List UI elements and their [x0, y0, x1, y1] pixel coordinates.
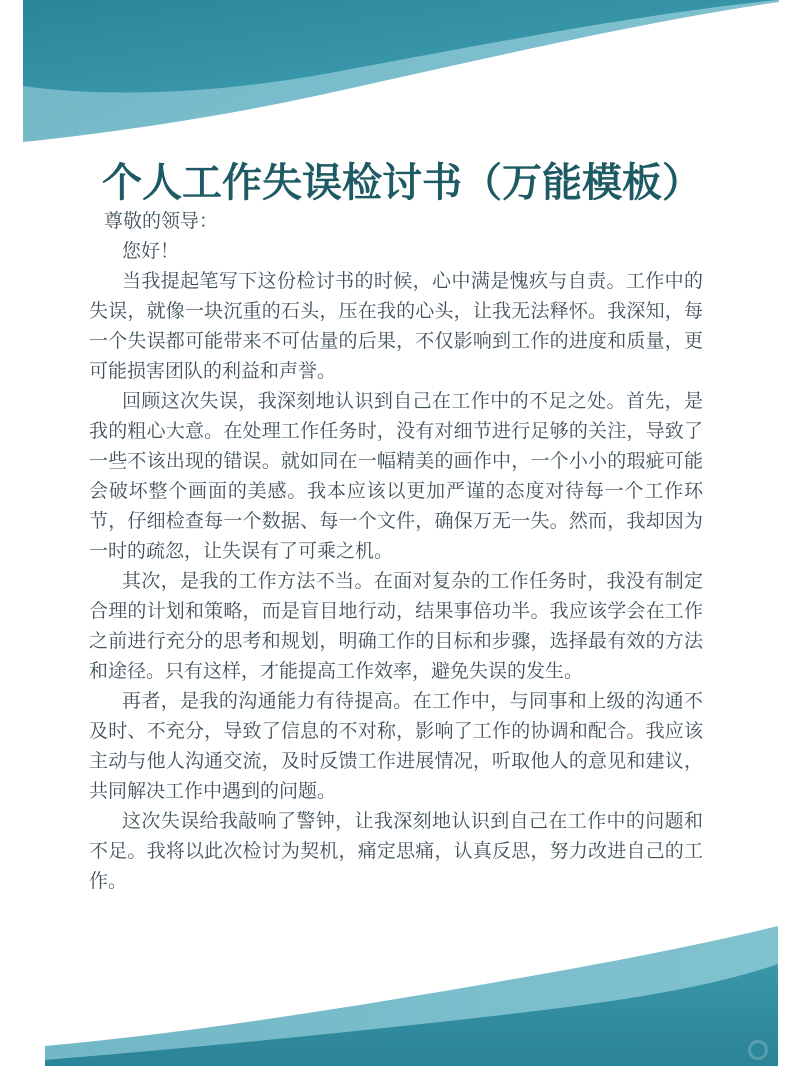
watermark-ring-icon [748, 1040, 768, 1060]
bottom-wave-light-band [45, 926, 778, 1066]
top-wave-dark-band [23, 0, 777, 93]
top-wave-light-band [23, 0, 779, 142]
salutation-line: 尊敬的领导： [89, 207, 703, 237]
document-page: 个人工作失误检讨书（万能模板） 尊敬的领导： 您好！ 当我提起笔写下这份检讨书的… [0, 0, 800, 1066]
body-paragraph-5: 这次失误给我敲响了警钟，让我深刻地认识到自己在工作中的问题和不足。我将以此次检讨… [89, 807, 703, 897]
body-paragraph-4: 再者，是我的沟通能力有待提高。在工作中，与同事和上级的沟通不及时、不充分，导致了… [89, 687, 703, 807]
document-body: 尊敬的领导： 您好！ 当我提起笔写下这份检讨书的时候，心中满是愧疚与自责。工作中… [89, 207, 703, 897]
body-paragraph-3: 其次，是我的工作方法不当。在面对复杂的工作任务时，我没有制定合理的计划和策略，而… [89, 567, 703, 687]
body-paragraph-1: 当我提起笔写下这份检讨书的时候，心中满是愧疚与自责。工作中的失误，就像一块沉重的… [89, 267, 703, 387]
top-wave-decoration [0, 0, 800, 150]
body-paragraph-2: 回顾这次失误，我深刻地认识到自己在工作中的不足之处。首先，是我的粗心大意。在处理… [89, 387, 703, 567]
bottom-wave-decoration [0, 920, 800, 1066]
bottom-wave-dark-band [45, 964, 778, 1066]
page-title: 个人工作失误检讨书（万能模板） [102, 151, 742, 208]
greeting-line: 您好！ [89, 237, 703, 267]
